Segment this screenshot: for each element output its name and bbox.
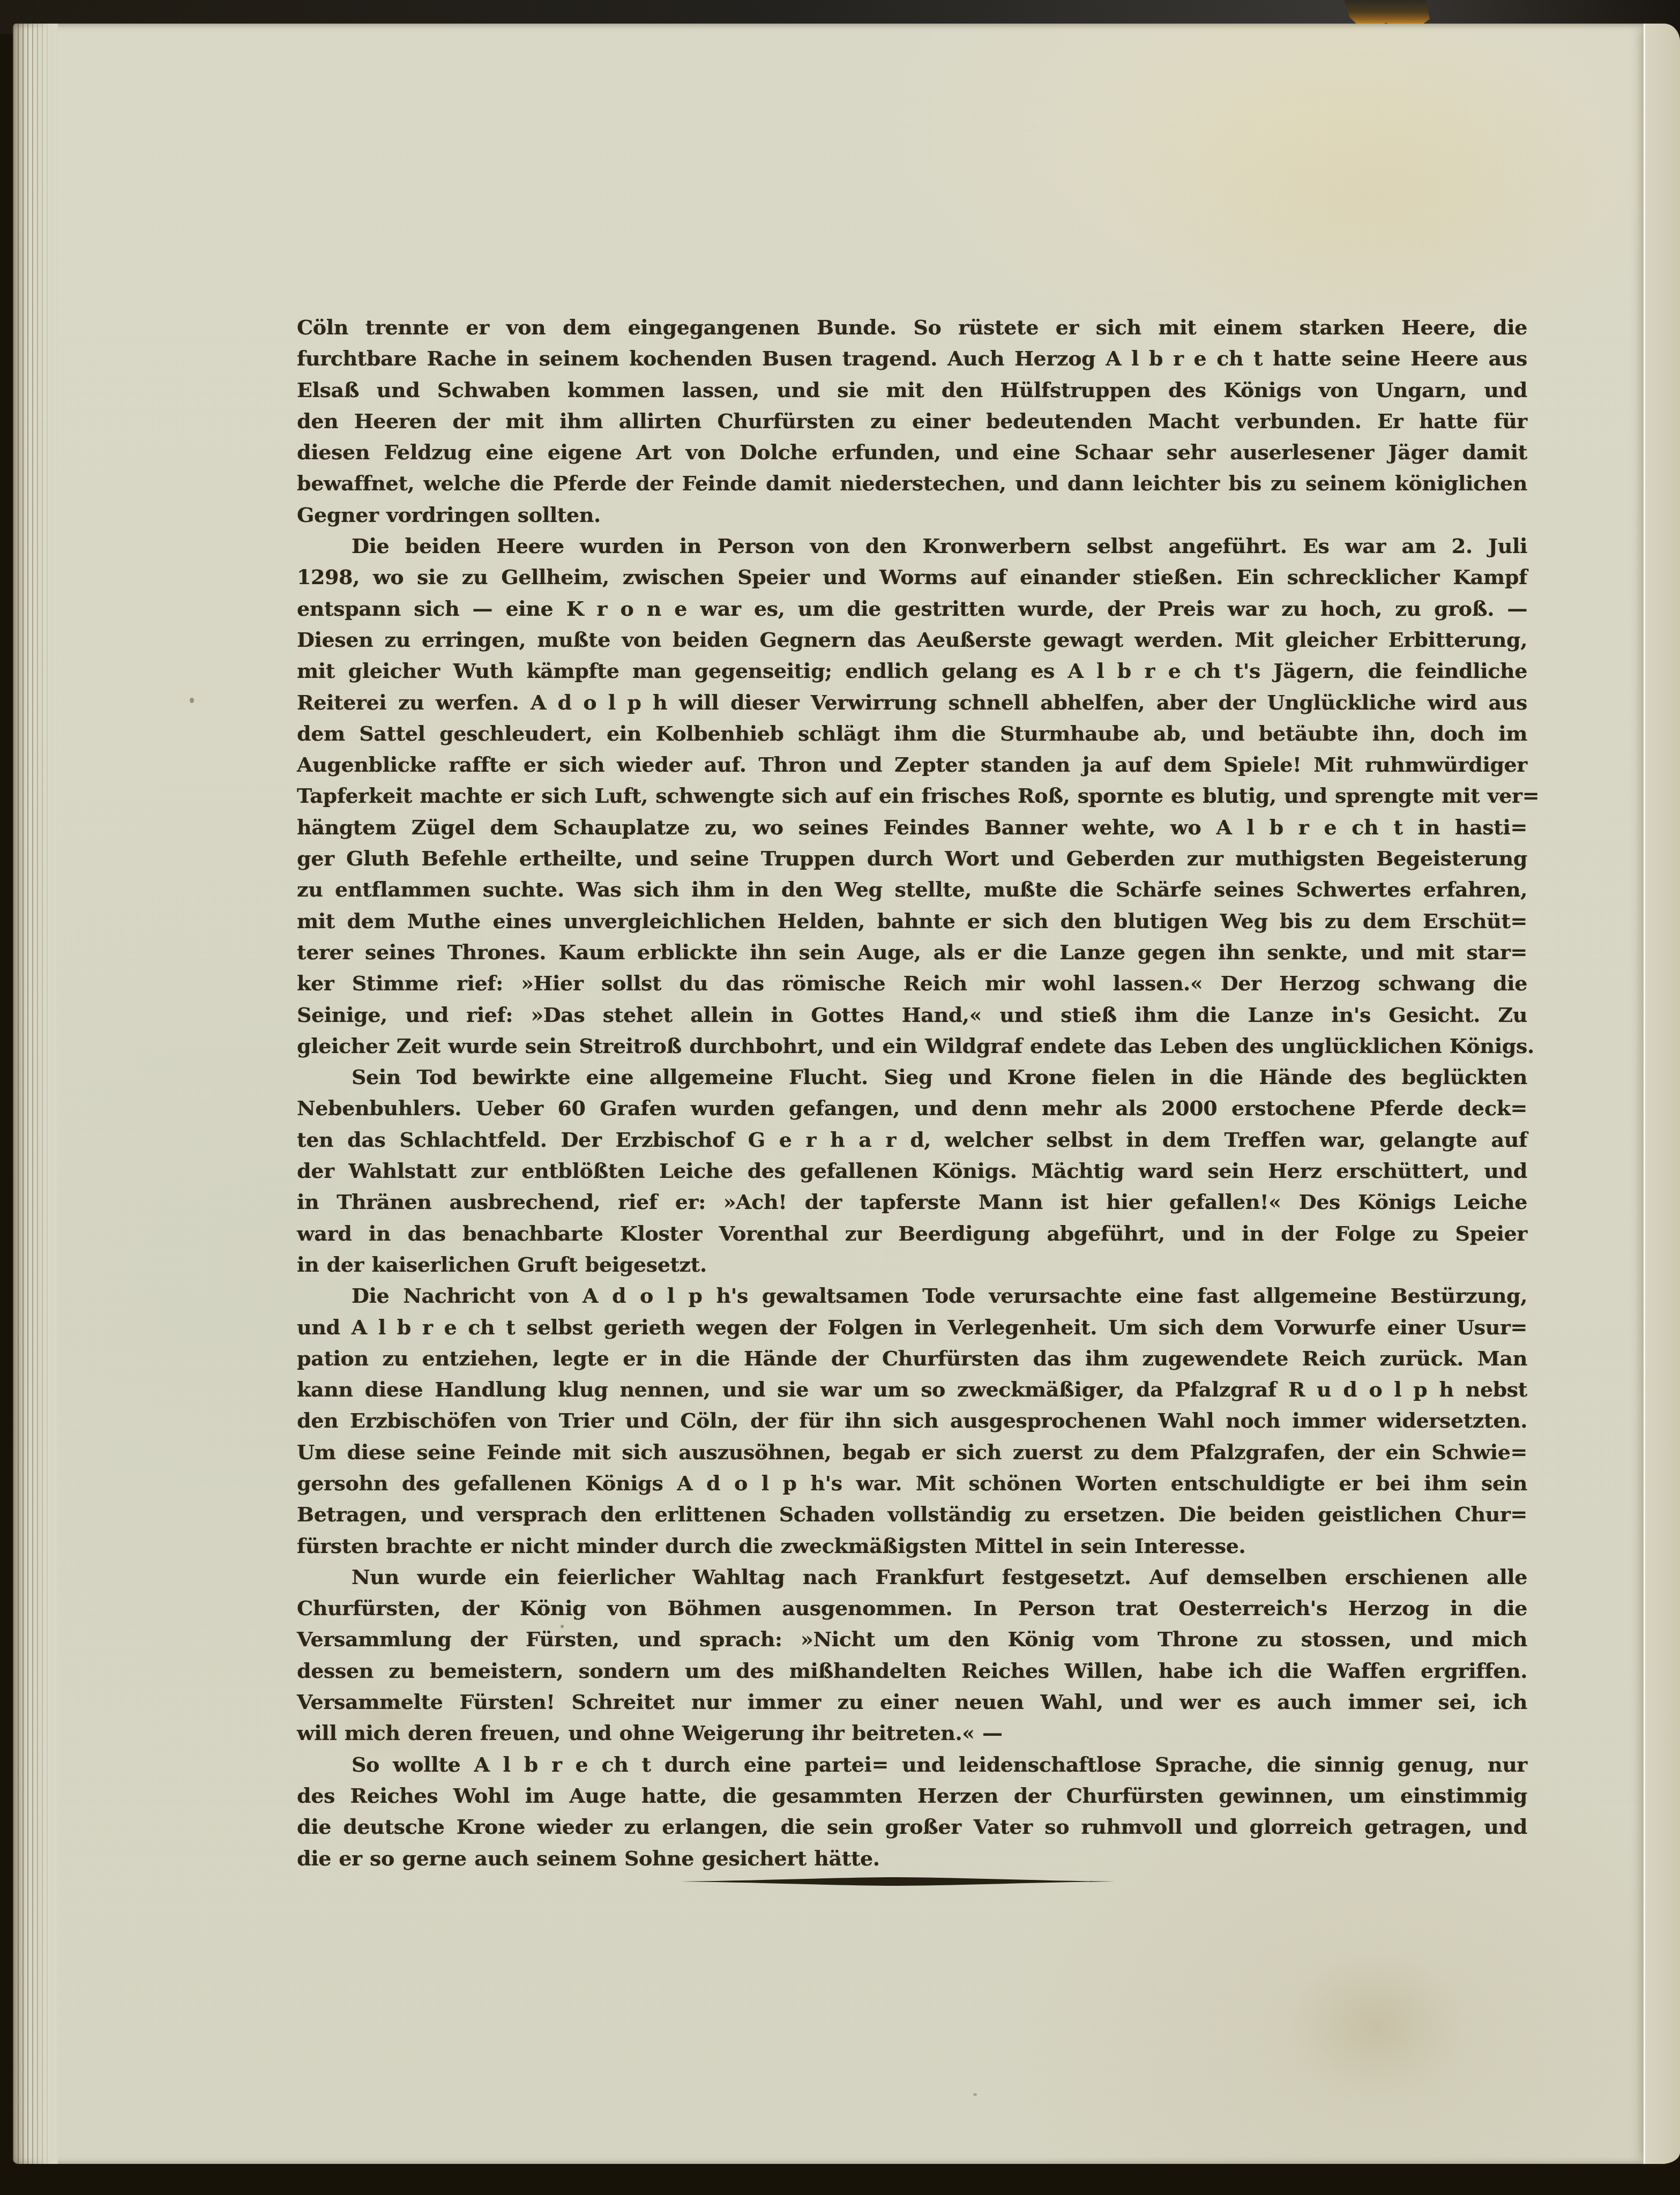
text-line: Versammelte Fürsten! Schreitet nur immer… bbox=[297, 1686, 1527, 1718]
paper-speck bbox=[190, 698, 194, 703]
text-line: furchtbare Rache in seinem kochenden Bus… bbox=[297, 343, 1527, 374]
binding-gutter-page-edges bbox=[13, 24, 58, 2164]
book-page: Cöln trennte er von dem eingegangenen Bu… bbox=[13, 24, 1680, 2164]
text-line: kann diese Handlung klug nennen, und sie… bbox=[297, 1374, 1527, 1405]
text-line: Nun wurde ein feierlicher Wahltag nach F… bbox=[297, 1562, 1527, 1593]
text-line: hängtem Zügel dem Schauplatze zu, wo sei… bbox=[297, 812, 1527, 843]
text-line: Gegner vordringen sollten. bbox=[297, 499, 1527, 531]
text-line: 1298, wo sie zu Gellheim, zwischen Speie… bbox=[297, 562, 1527, 593]
text-line: Um diese seine Feinde mit sich auszusöhn… bbox=[297, 1437, 1527, 1468]
text-line: fürsten brachte er nicht minder durch di… bbox=[297, 1530, 1527, 1562]
text-line: dem Sattel geschleudert, ein Kolbenhieb … bbox=[297, 718, 1527, 749]
page-text: Cöln trennte er von dem eingegangenen Bu… bbox=[297, 312, 1527, 1874]
text-line: bewaffnet, welche die Pferde der Feinde … bbox=[297, 468, 1527, 499]
text-line: Churfürsten, der König von Böhmen ausgen… bbox=[297, 1593, 1527, 1624]
text-line: des Reiches Wohl im Auge hatte, die gesa… bbox=[297, 1780, 1527, 1811]
text-line: Tapferkeit machte er sich Luft, schwengt… bbox=[297, 780, 1527, 811]
text-line: Augenblicke raffte er sich wieder auf. T… bbox=[297, 749, 1527, 780]
text-line: dessen zu bemeistern, sondern um des miß… bbox=[297, 1655, 1527, 1686]
text-line: den Heeren der mit ihm allirten Churfürs… bbox=[297, 406, 1527, 437]
text-line: Betragen, und versprach den erlittenen S… bbox=[297, 1499, 1527, 1530]
section-divider-rule bbox=[677, 1877, 1117, 1886]
text-line: Diesen zu erringen, mußte von beiden Geg… bbox=[297, 624, 1527, 655]
paper-speck bbox=[973, 2093, 977, 2096]
text-line: und A l b r e ch t selbst gerieth wegen … bbox=[297, 1312, 1527, 1343]
text-line: gleicher Zeit wurde sein Streitroß durch… bbox=[297, 1031, 1527, 1062]
text-line: So wollte A l b r e ch t durch eine part… bbox=[297, 1749, 1527, 1780]
text-line: gersohn des gefallenen Königs A d o l p … bbox=[297, 1468, 1527, 1499]
text-line: in der kaiserlichen Gruft beigesetzt. bbox=[297, 1249, 1527, 1280]
text-line: terer seines Thrones. Kaum erblickte ihn… bbox=[297, 937, 1527, 968]
text-line: Elsaß und Schwaben kommen lassen, und si… bbox=[297, 375, 1527, 406]
text-line: zu entflammen suchte. Was sich ihm in de… bbox=[297, 874, 1527, 905]
text-line: ward in das benachbarte Kloster Vorentha… bbox=[297, 1218, 1527, 1249]
text-line: entspann sich — eine K r o n e war es, u… bbox=[297, 593, 1527, 624]
text-line: Sein Tod bewirkte eine allgemeine Flucht… bbox=[297, 1062, 1527, 1093]
text-line: ker Stimme rief: »Hier sollst du das röm… bbox=[297, 968, 1527, 999]
text-line: mit dem Muthe eines unvergleichlichen He… bbox=[297, 906, 1527, 937]
page-right-curl-edge bbox=[1644, 24, 1680, 2164]
text-line: mit gleicher Wuth kämpfte man gegenseiti… bbox=[297, 655, 1527, 686]
text-line: ger Gluth Befehle ertheilte, und seine T… bbox=[297, 843, 1527, 874]
text-line: Die Nachricht von A d o l p h's gewaltsa… bbox=[297, 1280, 1527, 1311]
text-line: Seinige, und rief: »Das stehet allein in… bbox=[297, 999, 1527, 1031]
paper-stain bbox=[1106, 29, 1653, 361]
text-line: Reiterei zu werfen. A d o l p h will die… bbox=[297, 687, 1527, 718]
text-line: diesen Feldzug eine eigene Art von Dolch… bbox=[297, 437, 1527, 468]
text-line: ten das Schlachtfeld. Der Erzbischof G e… bbox=[297, 1124, 1527, 1155]
text-line: Die beiden Heere wurden in Person von de… bbox=[297, 531, 1527, 562]
text-line: Cöln trennte er von dem eingegangenen Bu… bbox=[297, 312, 1527, 343]
paper-stain bbox=[1288, 1953, 1465, 2097]
text-line: der Wahlstatt zur entblößten Leiche des … bbox=[297, 1155, 1527, 1186]
book-photo: { "colors": { "background": "#171309", "… bbox=[0, 0, 1680, 2195]
text-line: will mich deren freuen, und ohne Weigeru… bbox=[297, 1718, 1527, 1749]
text-line: die er so gerne auch seinem Sohne gesich… bbox=[297, 1843, 1527, 1874]
text-line: in Thränen ausbrechend, rief er: »Ach! d… bbox=[297, 1186, 1527, 1218]
text-line: pation zu entziehen, legte er in die Hän… bbox=[297, 1343, 1527, 1374]
text-line: den Erzbischöfen von Trier und Cöln, der… bbox=[297, 1405, 1527, 1436]
text-line: Nebenbuhlers. Ueber 60 Grafen wurden gef… bbox=[297, 1093, 1527, 1124]
text-line: die deutsche Krone wieder zu erlangen, d… bbox=[297, 1811, 1527, 1842]
text-line: Versammlung der Fürsten, und sprach: »Ni… bbox=[297, 1624, 1527, 1655]
